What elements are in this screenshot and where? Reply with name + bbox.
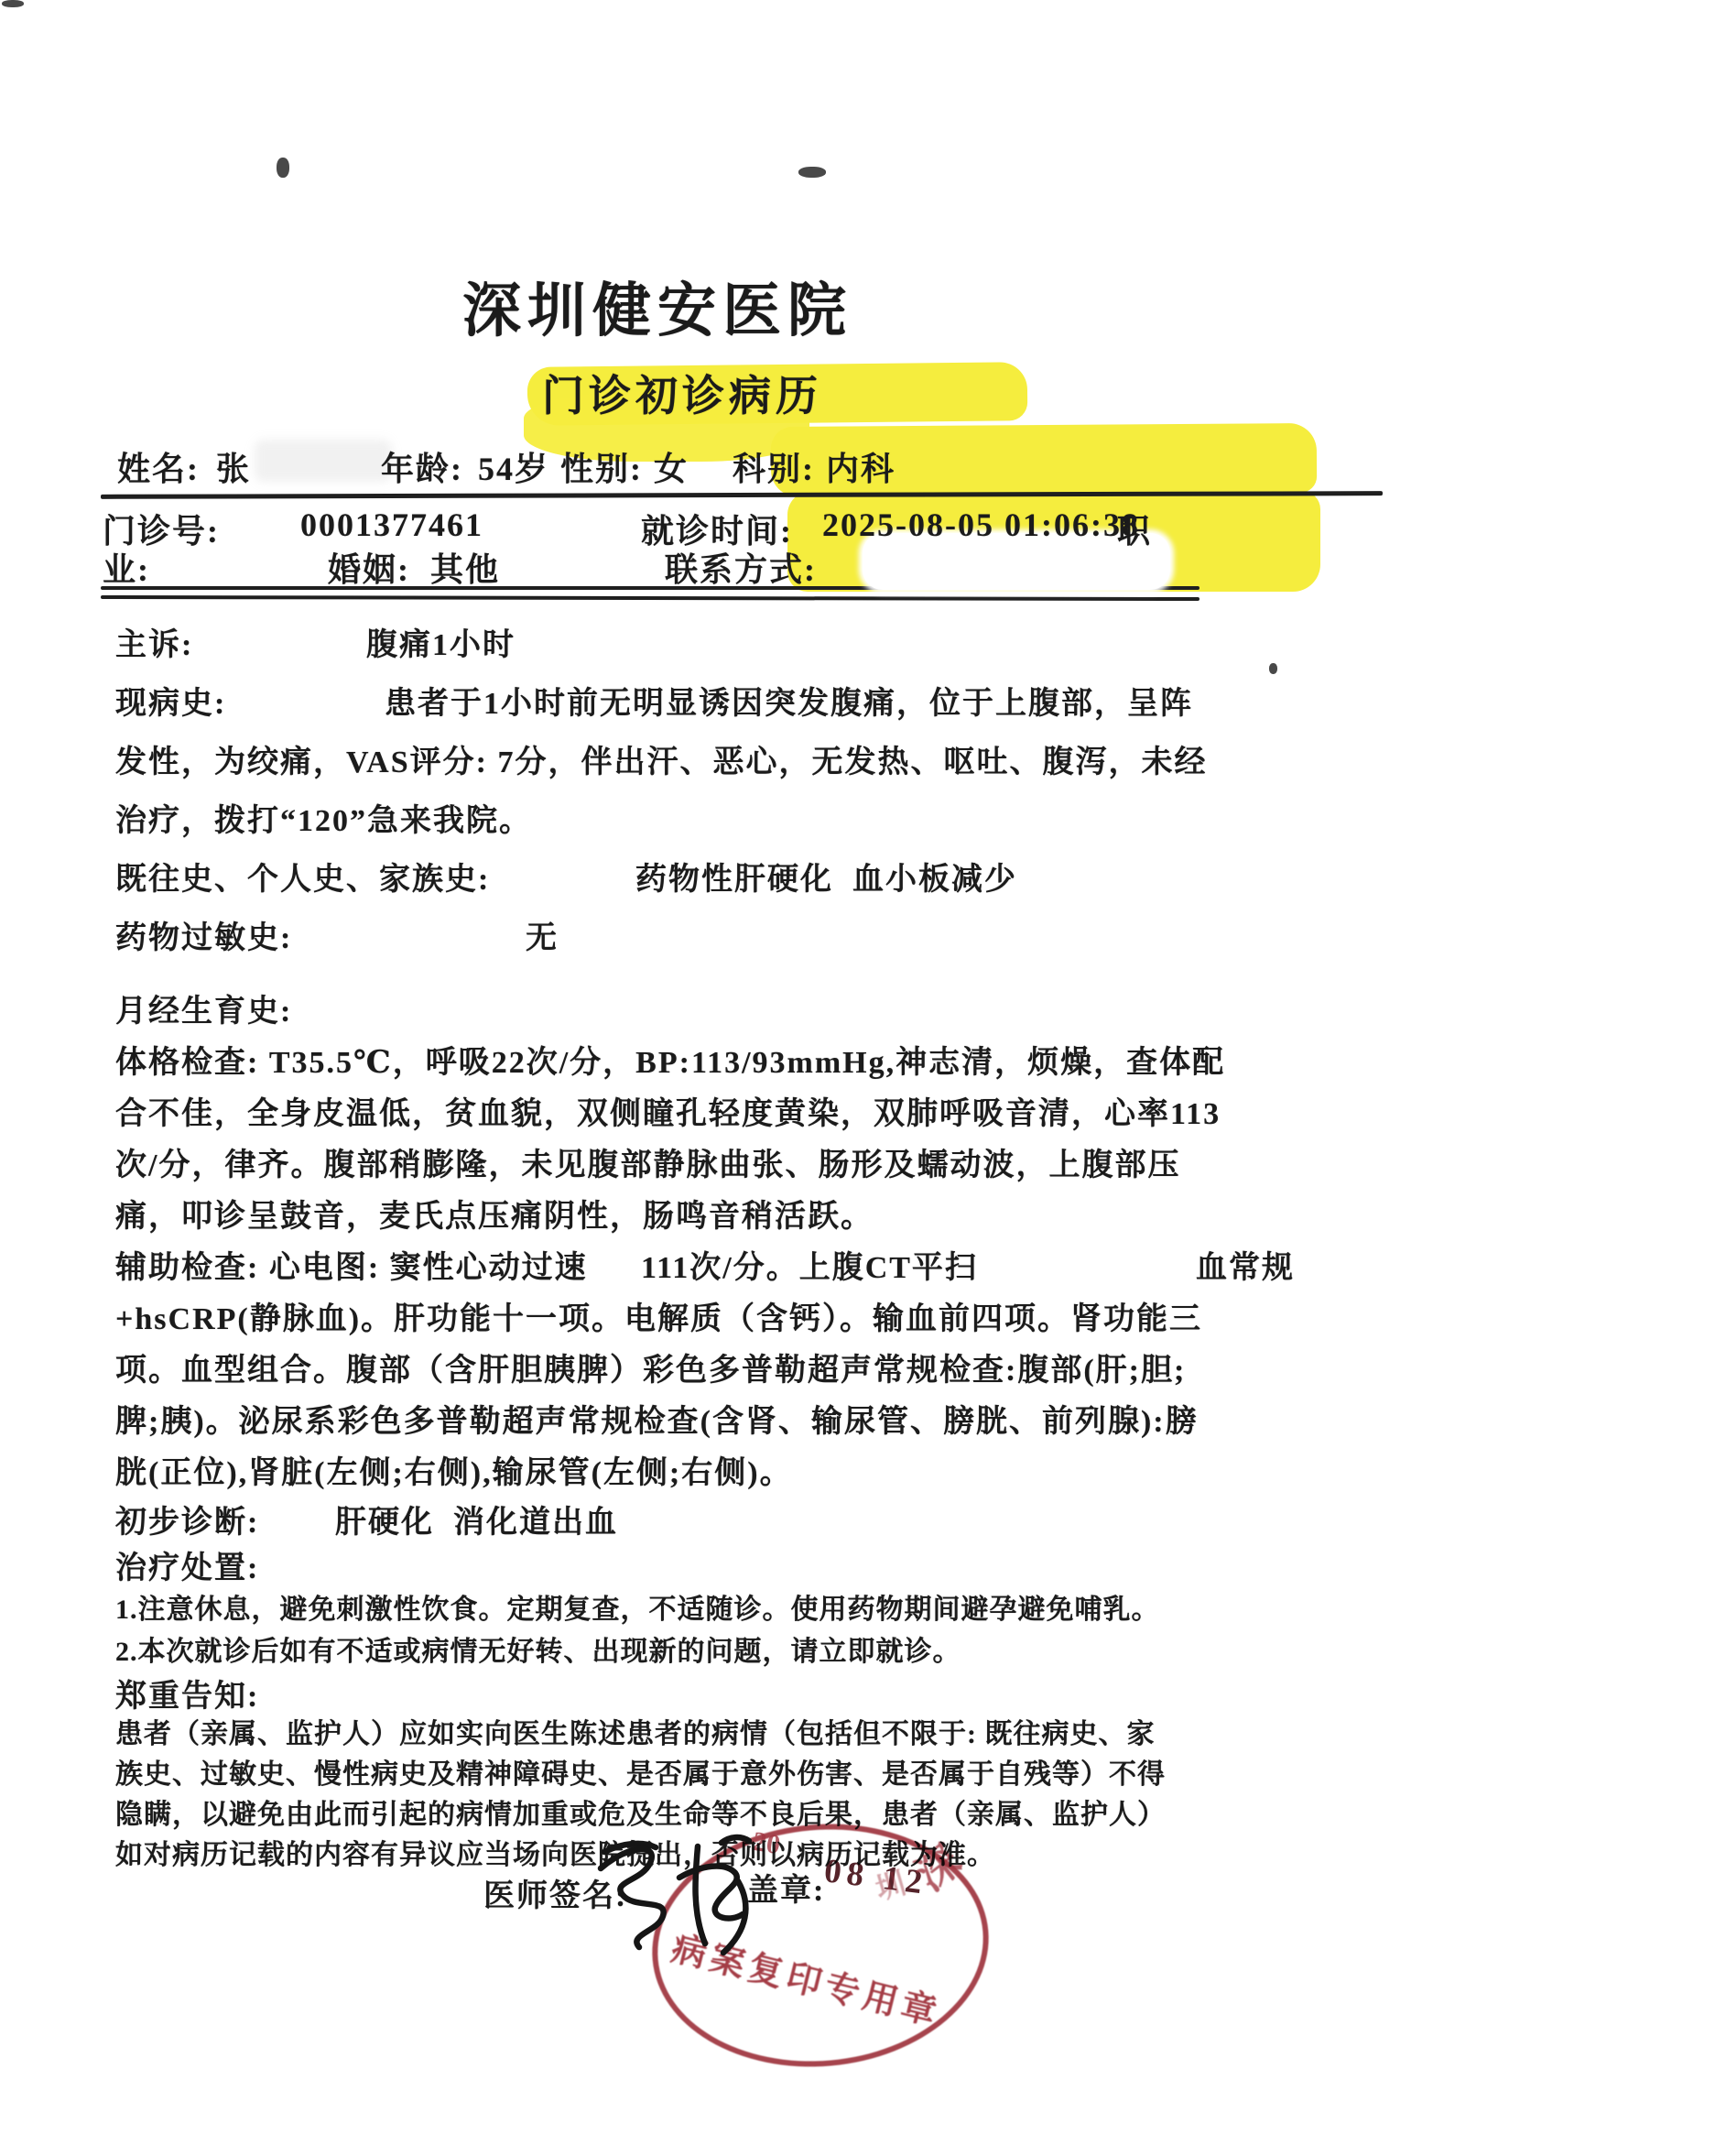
allergy-value: 无 bbox=[526, 912, 559, 957]
age-value: 54岁 bbox=[478, 443, 549, 490]
opd-no-value: 0001377461 bbox=[300, 506, 483, 544]
hpi-line2: 发性，为绞痛，VAS评分: 7分，伴出汗、恶心，无发热、呕吐、腹泻，未经 bbox=[115, 736, 1207, 781]
scan-artifact bbox=[2, 0, 24, 7]
dept-value: 内科 bbox=[826, 443, 896, 490]
past-history-value: 药物性肝硬化 血小板减少 bbox=[635, 854, 1017, 898]
aux-exam-label: 辅助检查: 心电图: 窦性心动过速 bbox=[115, 1242, 588, 1287]
scan-artifact bbox=[798, 167, 826, 178]
notice-line4: 如对病历记载的内容有异议应当场向医院提出，否则以病历记载为准。 bbox=[115, 1832, 995, 1872]
allergy-label: 药物过敏史: bbox=[115, 912, 292, 957]
header-double-line-bottom bbox=[101, 595, 1200, 601]
document-type-title: 门诊初诊病历 bbox=[542, 363, 822, 423]
diagnosis-label: 初步诊断: bbox=[115, 1497, 259, 1541]
physical-exam-line1: 体格检查: T35.5℃，呼吸22次/分，BP:113/93mmHg,神志清，烦… bbox=[115, 1037, 1225, 1082]
marriage-label: 婚姻: bbox=[328, 544, 420, 591]
hpi-line3: 治疗，拨打“120”急来我院。 bbox=[115, 795, 532, 840]
notice-label: 郑重告知: bbox=[115, 1671, 259, 1715]
aux-exam-line4: 脾;胰)。泌尿系彩色多普勒超声常规检查(含肾、输尿管、膀胱、前列腺):膀 bbox=[115, 1396, 1199, 1441]
hpi-line1: 患者于1小时前无明显诱因突发腹痛，位于上腹部，呈阵 bbox=[385, 678, 1193, 723]
contact-label: 联系方式: bbox=[665, 544, 827, 591]
scan-artifact bbox=[1269, 663, 1277, 674]
treatment-item2: 2.本次就诊后如有不适或病情无好转、出现新的问题，请立即就诊。 bbox=[115, 1628, 961, 1669]
notice-line1: 患者（亲属、监护人）应如实向医生陈述患者的病情（包括但不限于: 既往病史、家 bbox=[115, 1711, 1156, 1751]
treatment-item1: 1.注意休息，避免刺激性饮食。定期复查，不适随诊。使用药物期间避孕避免哺乳。 bbox=[115, 1586, 1160, 1627]
name-label: 姓名: bbox=[117, 443, 210, 490]
hospital-name: 深圳健安医院 bbox=[462, 264, 852, 348]
dept-label: 科别: bbox=[733, 443, 825, 490]
aux-exam-line3: 项。血型组合。腹部（含肝胆胰脾）彩色多普勒超声常规检查:腹部(肝;胆; bbox=[115, 1345, 1186, 1389]
past-history-label: 既往史、个人史、家族史: bbox=[115, 854, 490, 898]
occupation-label-part2: 业: bbox=[103, 544, 160, 591]
aux-exam-ecg-rate: 111次/分。上腹CT平扫 bbox=[641, 1242, 978, 1287]
name-value: 张 bbox=[216, 443, 251, 490]
visit-time-value: 2025-08-05 01:06:38 bbox=[822, 506, 1140, 544]
physical-exam-line4: 痛，叩诊呈鼓音，麦氏点压痛阴性，肠鸣音稍活跃。 bbox=[115, 1191, 874, 1236]
treatment-label: 治疗处置: bbox=[115, 1542, 259, 1587]
occupation-label-part1: 职 bbox=[1117, 506, 1152, 552]
marriage-value: 其他 bbox=[430, 544, 500, 591]
physical-exam-line2: 合不佳，全身皮温低，贫血貌，双侧瞳孔轻度黄染，双肺呼吸音清，心率113 bbox=[115, 1088, 1221, 1133]
physician-signature bbox=[584, 1824, 786, 1966]
aux-exam-line2: +hsCRP(静脉血)。肝功能十一项。电解质（含钙）。输血前四项。肾功能三 bbox=[115, 1293, 1202, 1338]
medical-record-page: 深圳健安医院 门诊初诊病历 姓名: 张年龄: 54岁性别: 女科别: 内科门诊号… bbox=[0, 0, 1726, 2156]
sex-label: 性别: bbox=[560, 443, 653, 490]
chief-complaint-label: 主诉: bbox=[115, 619, 193, 664]
aux-exam-line5: 胱(正位),肾脏(左侧;右侧),输尿管(左侧;右侧)。 bbox=[115, 1447, 793, 1492]
aux-exam-blood: 血常规 bbox=[1196, 1242, 1295, 1287]
hpi-label: 现病史: bbox=[115, 678, 226, 723]
age-label: 年龄: bbox=[381, 443, 473, 490]
notice-line2: 族史、过敏史、慢性病史及精神障碍史、是否属于意外伤害、是否属于自残等）不得 bbox=[115, 1751, 1166, 1791]
diagnosis-value: 肝硬化 消化道出血 bbox=[335, 1497, 618, 1541]
scan-artifact bbox=[277, 158, 289, 178]
physical-exam-line3: 次/分，律齐。腹部稍膨隆，未见腹部静脉曲张、肠形及蠕动波，上腹部压 bbox=[115, 1139, 1180, 1184]
redacted-patient-name bbox=[255, 440, 392, 482]
chief-complaint-value: 腹痛1小时 bbox=[366, 619, 516, 664]
menstrual-label: 月经生育史: bbox=[115, 985, 292, 1030]
sex-value: 女 bbox=[654, 443, 689, 490]
